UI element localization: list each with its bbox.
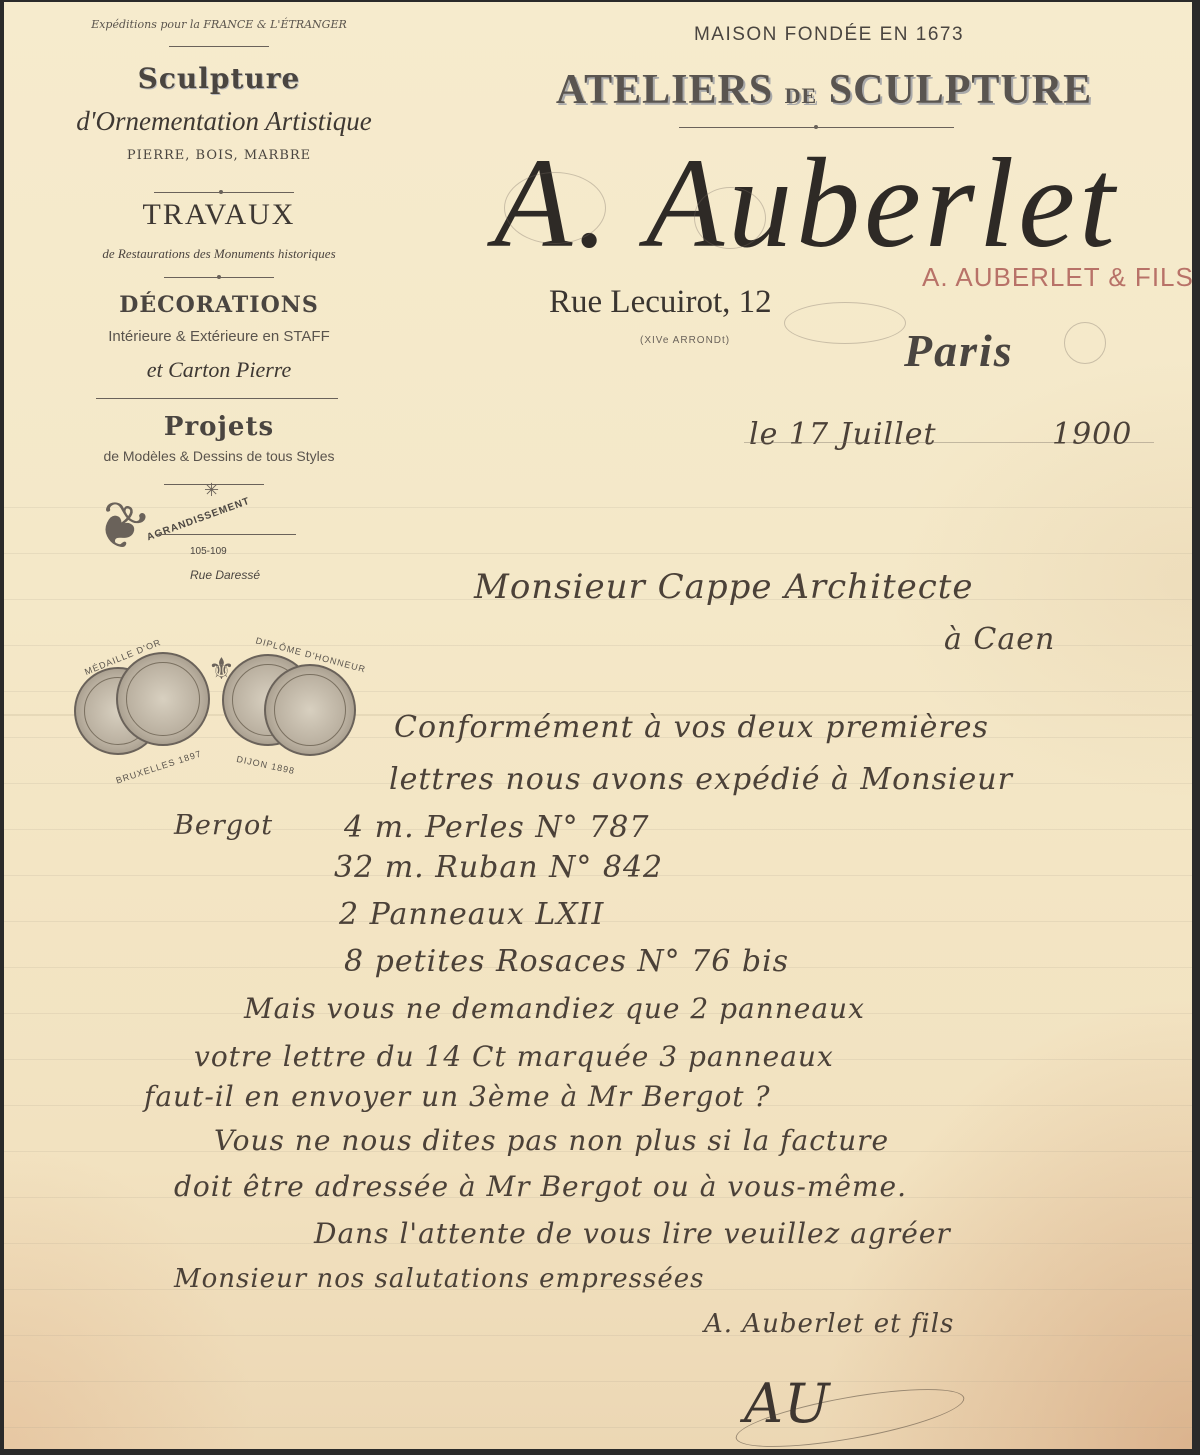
arrondissement: (XIVe ARRONDt)	[640, 335, 730, 346]
flourish	[1064, 322, 1106, 364]
body-line: Bergot	[174, 810, 273, 841]
recipient-line-2: à Caen	[944, 622, 1055, 657]
letter-date: le 17 Juillet	[749, 417, 937, 452]
modeles-text: de Modèles & Dessins de tous Styles	[44, 448, 394, 464]
sculpture-heading: Sculpture	[64, 62, 374, 95]
company-stamp: A. AUBERLET & FILS	[922, 262, 1192, 293]
agrandissement-label: AGRANDISSEMENT	[145, 496, 251, 544]
body-line: Dans l'attente de vous lire veuillez agr…	[314, 1217, 951, 1250]
letter-year: 1900	[1052, 417, 1132, 452]
sculpture-word: SCULPTURE	[829, 67, 1092, 113]
divider	[154, 192, 294, 193]
decorations-heading: DÉCORATIONS	[64, 292, 374, 318]
founded-text: MAISON FONDÉE EN 1673	[564, 24, 1094, 46]
body-line: Vous ne nous dites pas non plus si la fa…	[214, 1124, 889, 1157]
medal-place-1: BRUXELLES 1897	[115, 748, 203, 785]
divider	[156, 534, 296, 535]
ornementation-text: d'Ornementation Artistique	[44, 106, 404, 137]
body-line: Monsieur nos salutations empressées	[174, 1264, 704, 1294]
laurel-branch-icon: ❦	[84, 485, 159, 570]
carton-text: et Carton Pierre	[64, 357, 374, 383]
street-address: Rue Lecuirot, 12	[549, 284, 772, 321]
travaux-subtitle: de Restaurations des Monuments historiqu…	[34, 246, 404, 262]
divider	[96, 398, 338, 399]
expeditions-text: Expéditions pour la FRANCE & L'ÉTRANGER	[64, 18, 374, 31]
travaux-heading: TRAVAUX	[64, 198, 374, 232]
recipient-line-1: Monsieur Cappe Architecte	[474, 567, 974, 607]
flourish	[504, 172, 606, 244]
medal-portrait-icon	[116, 652, 210, 746]
body-line: votre lettre du 14 Ct marquée 3 panneaux	[194, 1040, 834, 1073]
divider-dot	[217, 275, 221, 279]
item-line: 4 m. Perles N° 787	[344, 810, 649, 845]
medal-icon	[264, 664, 356, 756]
divider-dot	[219, 190, 223, 194]
ateliers-word: ATELIERS	[556, 67, 773, 113]
medal-place-2: DIJON 1898	[236, 754, 296, 776]
body-line: Conformément à vos deux premières	[394, 710, 989, 745]
flourish	[694, 187, 766, 249]
letter-page: Expéditions pour la FRANCE & L'ÉTRANGER …	[4, 2, 1192, 1449]
item-line: 8 petites Rosaces N° 76 bis	[344, 944, 789, 979]
body-line: lettres nous avons expédié à Monsieur	[389, 762, 1013, 797]
star-ornament-icon: ✳	[204, 480, 219, 501]
agrandissement-street: Rue Daressé	[190, 568, 260, 582]
body-line: doit être adressée à Mr Bergot ou à vous…	[174, 1170, 907, 1203]
projets-heading: Projets	[64, 412, 374, 442]
divider-dot	[814, 125, 818, 129]
ateliers-de: DE	[785, 83, 818, 108]
interieure-text: Intérieure & Extérieure en STAFF	[44, 328, 394, 345]
divider	[169, 46, 269, 47]
city: Paris	[904, 324, 1014, 377]
agrandissement-number: 105-109	[190, 546, 227, 557]
flourish	[784, 302, 906, 344]
item-line: 32 m. Ruban N° 842	[334, 850, 663, 885]
ateliers-heading: ATELIERS DE SCULPTURE	[524, 66, 1124, 114]
body-line: Mais vous ne demandiez que 2 panneaux	[244, 992, 865, 1025]
closing: A. Auberlet et fils	[704, 1309, 954, 1339]
body-line: faut-il en envoyer un 3ème à Mr Bergot ?	[144, 1080, 770, 1113]
materials-text: PIERRE, BOIS, MARBRE	[64, 148, 374, 163]
item-line: 2 Panneaux LXII	[339, 897, 604, 932]
